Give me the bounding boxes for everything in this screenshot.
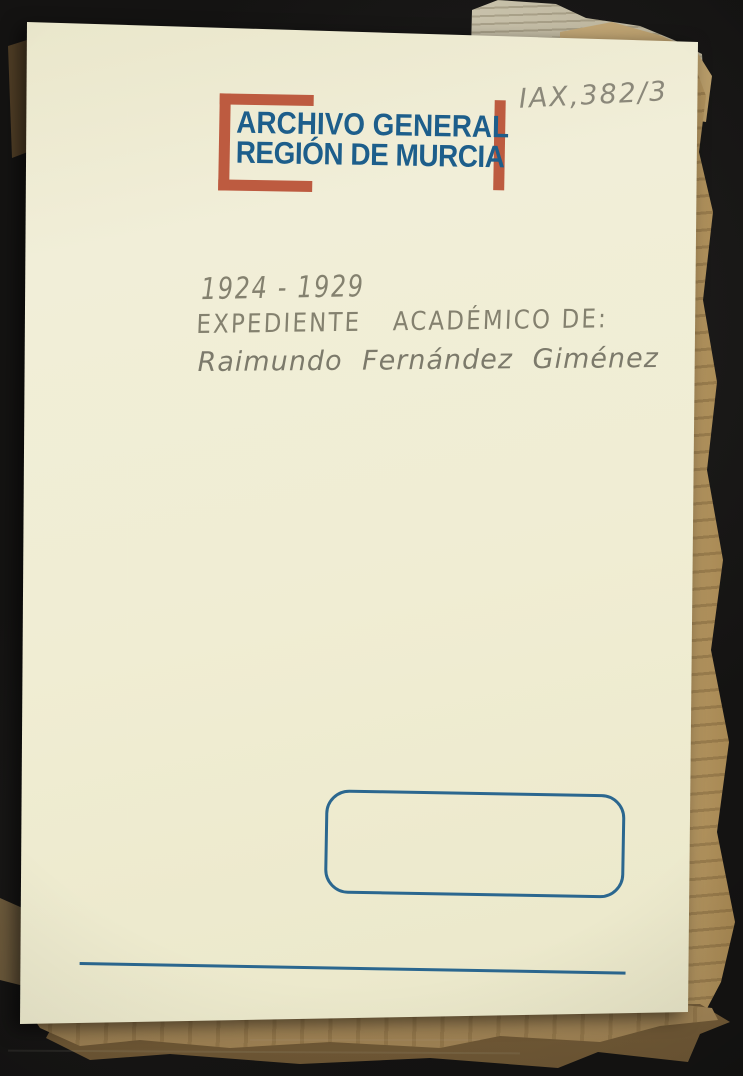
handwritten-title-line: EXPEDIENTE ACADÉMICO DE: [196, 304, 609, 340]
empty-signature-box [324, 789, 626, 898]
archive-logo-text: ARCHIVO GENERAL REGIÓN DE MURCIA [236, 108, 507, 173]
handwritten-student-name: Raimundo Fernández Giménez [197, 343, 659, 378]
handwritten-title-word-expediente: EXPEDIENTE [196, 308, 362, 340]
archive-logo-line2: REGIÓN DE MURCIA [236, 138, 506, 173]
handwritten-years: 1924 - 1929 [201, 269, 365, 307]
footer-rule-line [80, 962, 626, 975]
handwritten-reference-code: IAX,382/3 [518, 76, 669, 115]
cover-content: ARCHIVO GENERAL REGIÓN DE MURCIA IAX,382… [10, 24, 698, 1026]
archive-logo: ARCHIVO GENERAL REGIÓN DE MURCIA [27, 24, 698, 36]
handwritten-title-word-academico-de: ACADÉMICO DE: [392, 304, 608, 337]
photo-background: ARCHIVO GENERAL REGIÓN DE MURCIA IAX,382… [0, 0, 743, 1076]
folder-cover: ARCHIVO GENERAL REGIÓN DE MURCIA IAX,382… [0, 0, 743, 1076]
